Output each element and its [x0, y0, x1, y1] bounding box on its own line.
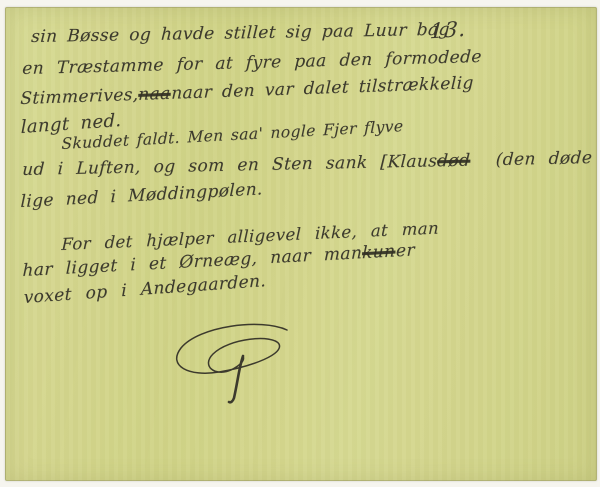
handwritten-text: naar den var dalet tilstrækkelig — [171, 73, 474, 104]
manuscript-scan: 13. sin Bøsse og havde stillet sig paa L… — [0, 0, 600, 487]
closing-flourish-icon — [149, 310, 319, 415]
manuscript-line: en Træstamme for at fyre paa den formode… — [22, 47, 482, 79]
struck-word: død — [437, 151, 471, 172]
handwritten-text: er — [395, 240, 414, 261]
struck-word: naa — [138, 84, 171, 105]
handwritten-text: sin Bøsse og havde stillet sig paa Luur … — [31, 20, 451, 47]
manuscript-line: Stimmerives, naa naar den var dalet tils… — [20, 73, 474, 109]
struck-word: kun — [362, 241, 396, 263]
manuscript-line: sin Bøsse og havde stillet sig paa Luur … — [31, 20, 450, 47]
handwritten-text: Stimmerives, — [20, 85, 139, 109]
manuscript-line: lige ned i Møddingpølen. — [20, 179, 263, 212]
handwritten-text: en Træstamme for at fyre paa den formode… — [22, 47, 482, 79]
manuscript-paper: 13. sin Bøsse og havde stillet sig paa L… — [5, 7, 597, 481]
handwritten-text: (den døde — [470, 148, 593, 171]
handwritten-text: lige ned i Møddingpølen. — [20, 179, 263, 212]
handwritten-text: ud i Luften, og som en Sten sank [Klaus — [22, 151, 438, 180]
manuscript-line: ud i Luften, og som en Sten sank [Klaus … — [22, 148, 593, 180]
